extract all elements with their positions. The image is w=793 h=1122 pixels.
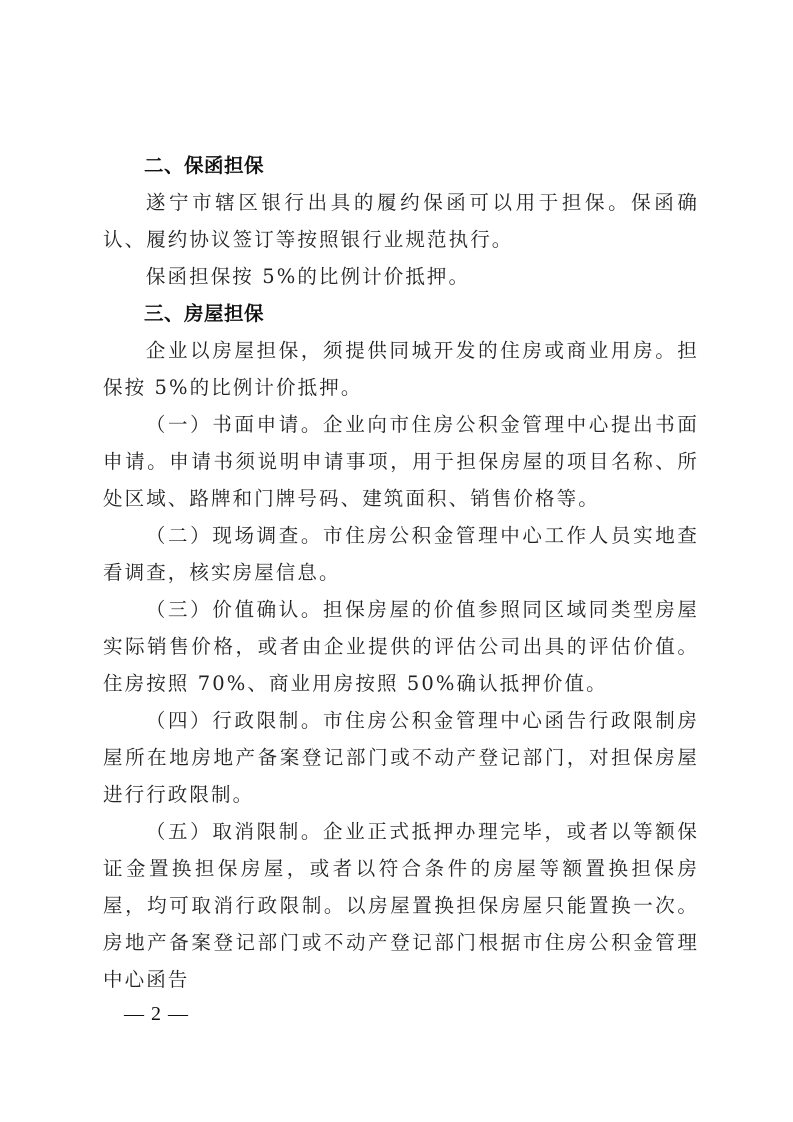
paragraph-guarantee-letter-ratio: 保函担保按 5%的比例计价抵押。 [103,258,699,295]
paragraph-administrative-restriction: （四）行政限制。市住房公积金管理中心函告行政限制房屋所在地房地产备案登记部门或不… [103,702,699,813]
page-number: — 2 — [124,1003,189,1026]
section-heading-housing-guarantee: 三、房屋担保 [103,295,699,332]
section-heading-guarantee-letter: 二、保函担保 [103,147,699,184]
paragraph-cancel-restriction: （五）取消限制。企业正式抵押办理完毕，或者以等额保证金置换担保房屋，或者以符合条… [103,813,699,998]
paragraph-site-survey: （二）现场调查。市住房公积金管理中心工作人员实地查看调查，核实房屋信息。 [103,517,699,591]
document-page: 二、保函担保 遂宁市辖区银行出具的履约保函可以用于担保。保函确认、履约协议签订等… [103,147,699,998]
paragraph-written-application: （一）书面申请。企业向市住房公积金管理中心提出书面申请。申请书须说明申请事项，用… [103,406,699,517]
paragraph-housing-guarantee-intro: 企业以房屋担保，须提供同城开发的住房或商业用房。担保按 5%的比例计价抵押。 [103,332,699,406]
paragraph-guarantee-letter-banks: 遂宁市辖区银行出具的履约保函可以用于担保。保函确认、履约协议签订等按照银行业规范… [103,184,699,258]
paragraph-value-confirmation: （三）价值确认。担保房屋的价值参照同区域同类型房屋实际销售价格，或者由企业提供的… [103,591,699,702]
